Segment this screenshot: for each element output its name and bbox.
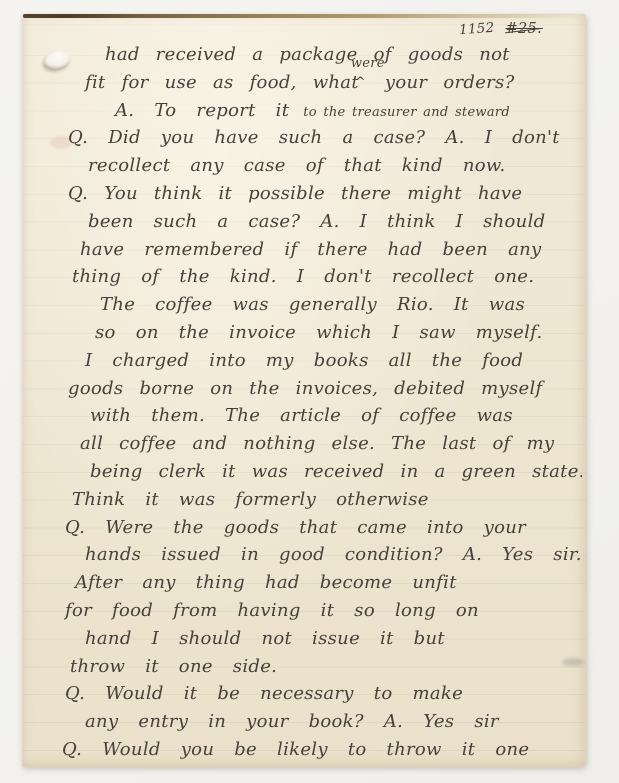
manuscript-line: Q. Were the goods that came into your <box>65 514 582 542</box>
manuscript-line: hand I should not issue it but <box>85 625 582 653</box>
paper-top-edge-shadow <box>23 14 564 18</box>
manuscript-line: hands issued in good condition? A. Yes s… <box>85 541 582 569</box>
manuscript-text: had received a package of goods not fit … <box>22 41 582 764</box>
manuscript-line-with-insertion: fit for use as food, whatwere^ your orde… <box>85 69 582 97</box>
manuscript-line: have remembered if there had been any <box>80 236 582 264</box>
manuscript-line: recollect any case of that kind now. <box>88 152 582 180</box>
scan-background: 1152 #25. had received a package of good… <box>0 0 619 783</box>
manuscript-line: been such a case? A. I think I should <box>88 208 582 236</box>
manuscript-line: A. To report itto the treasurer and stew… <box>115 97 582 125</box>
insertion-wrap: were^ <box>359 87 369 88</box>
manuscript-line: so on the invoice which I saw myself. <box>95 319 582 347</box>
manuscript-line: any entry in your book? A. Yes sir <box>85 708 582 736</box>
crossed-out-number: #25. <box>506 21 542 37</box>
line-text-after-insert: your orders? <box>385 72 515 93</box>
manuscript-line: Q. Did you have such a case? A. I don't <box>68 124 582 152</box>
manuscript-line: thing of the kind. I don't recollect one… <box>72 263 582 291</box>
line-text-before-insert: fit for use as food, what <box>85 72 359 93</box>
manuscript-line: Q. Would you be likely to throw it one <box>62 736 582 764</box>
manuscript-line: After any thing had become unfit <box>75 569 582 597</box>
manuscript-line: for food from having it so long on <box>65 597 582 625</box>
manuscript-line: goods borne on the invoices, debited mys… <box>68 375 582 403</box>
page-number: 1152 <box>459 20 496 38</box>
manuscript-line: I charged into my books all the food <box>85 347 582 375</box>
manuscript-line: Q. Would it be necessary to make <box>65 680 582 708</box>
manuscript-line: Think it was formerly otherwise <box>72 486 582 514</box>
paper-sheet: 1152 #25. had received a package of good… <box>22 14 586 767</box>
manuscript-line: being clerk it was received in a green s… <box>90 458 582 486</box>
manuscript-line: had received a package of goods not <box>105 41 582 69</box>
cramped-line-tail: to the treasurer and steward <box>303 105 510 120</box>
page-number-area: 1152 #25. <box>459 21 542 37</box>
line-text: A. To report it <box>115 100 289 121</box>
manuscript-line: with them. The article of coffee was <box>90 402 582 430</box>
manuscript-line: throw it one side. <box>70 653 582 681</box>
manuscript-line: The coffee was generally Rio. It was <box>100 291 582 319</box>
manuscript-line: all coffee and nothing else. The last of… <box>80 430 582 458</box>
manuscript-line: Q. You think it possible there might hav… <box>68 180 582 208</box>
caret-mark: ^ <box>355 69 366 97</box>
